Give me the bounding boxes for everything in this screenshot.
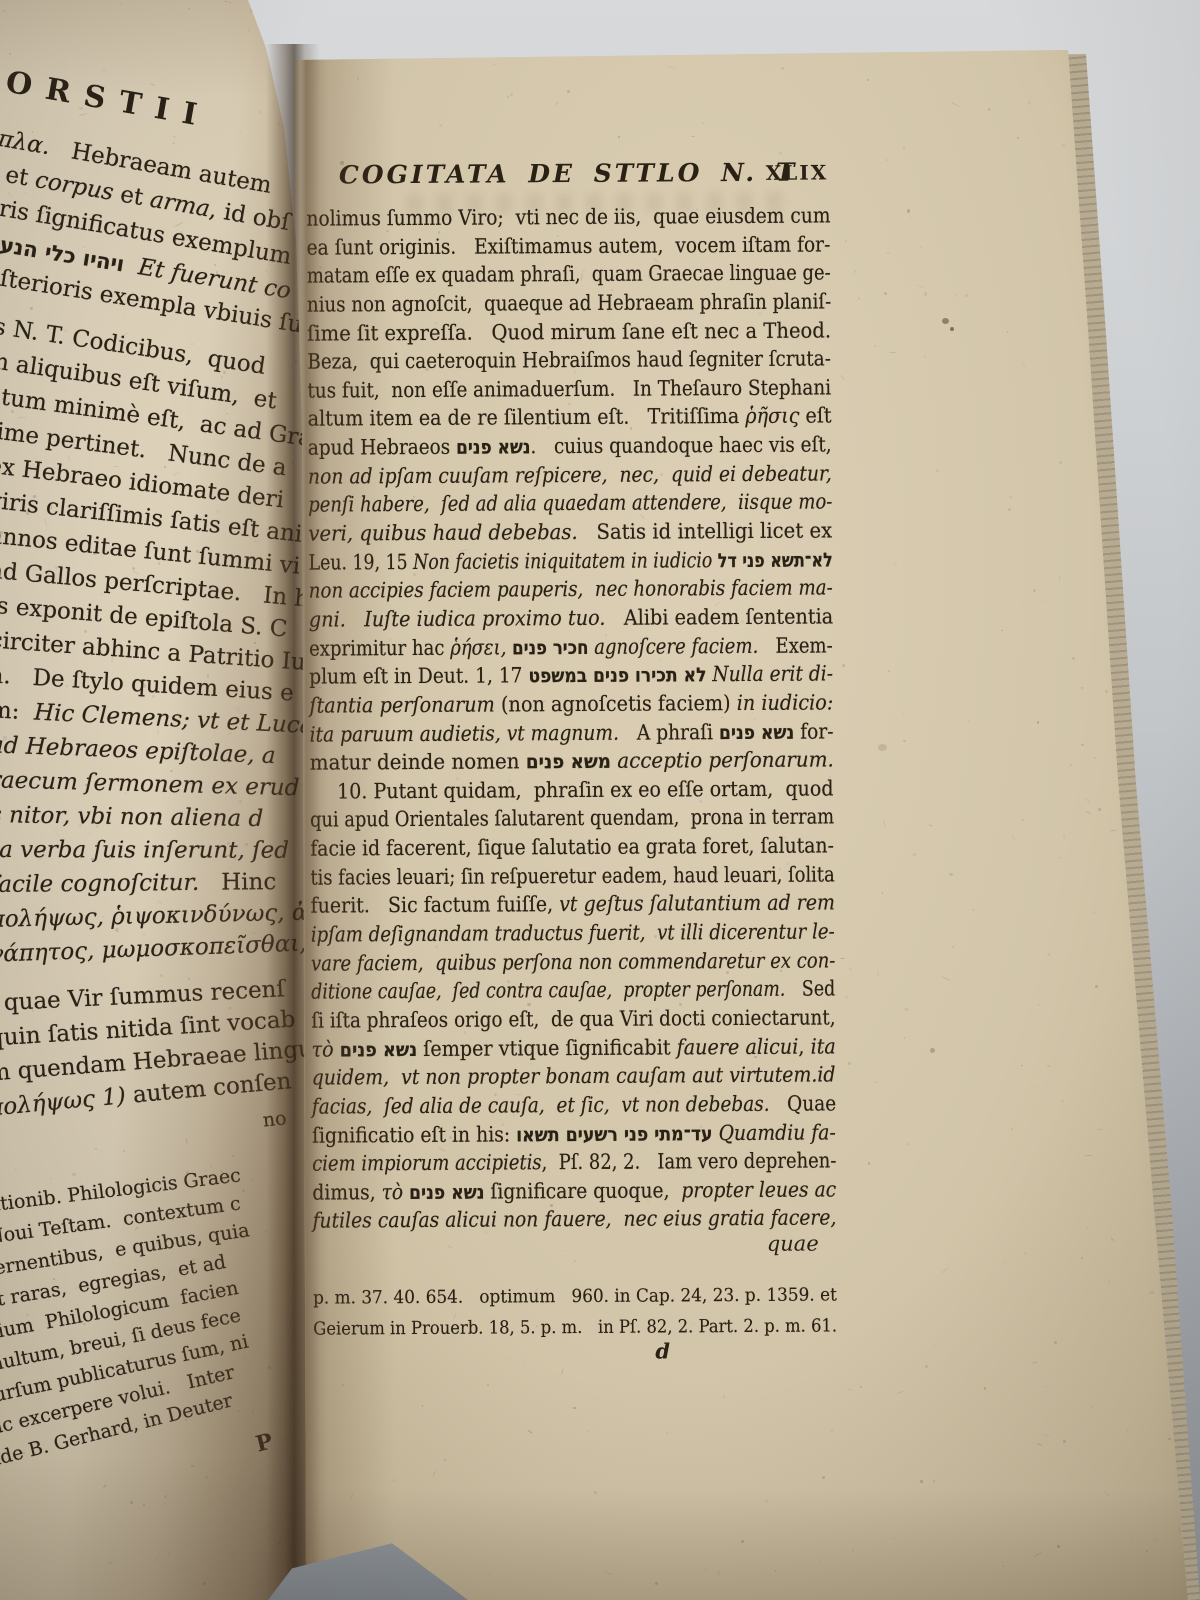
page-title: COGITATA DE STTLO N. T	[339, 158, 798, 190]
text-line: ditione cauſae, ſed contra cauſae, propt…	[311, 975, 744, 1006]
text-segment: ſtantia perſonarum	[309, 692, 501, 717]
text-segment: tus fuit, non eſſe animaduerſum. In Theſ…	[307, 375, 831, 402]
text-segment: nius non agnoſcit, quaeque ad Hebraeam p…	[307, 289, 831, 316]
text-segment: ciem impiorum accipietis	[312, 1150, 542, 1175]
book-photo: COGITATA DE STTLO N. T XLIX nolimus ſumm…	[0, 0, 1200, 1600]
text-segment: veri, quibus haud debebas.	[308, 520, 578, 546]
text-line: plum eſt in Deut. 1, 17 לא תכירו פנים במ…	[309, 660, 774, 691]
catchword: quae	[313, 1231, 837, 1258]
footnote-line: Geierum in Prouerb. 18, 5. p. m. in Pſ. …	[313, 1311, 790, 1345]
text-line: Leu. 19, 15 Non facietis iniquitatem in …	[308, 546, 741, 577]
text-segment: acceptio perſonarum.	[617, 748, 834, 773]
page-number: XLIX	[766, 160, 829, 184]
text-segment: ſi iſta phraſeos origo eſt, de qua Viri …	[311, 1005, 835, 1032]
text-segment: Exem-	[758, 633, 833, 657]
text-line: exprimitur hac ῥήσει, חכיר פנים agnoſcer…	[309, 631, 759, 662]
right-page-content: COGITATA DE STTLO N. T XLIX nolimus ſumm…	[275, 0, 1200, 1600]
text-segment: nolimus ſummo Viro; vti nec de iis, quae…	[306, 203, 830, 230]
hebrew-text: משא פנים	[526, 750, 611, 774]
text-segment: penſi habere, ſed ad alia quaedam attend…	[308, 490, 832, 517]
text-segment: ita paruum audietis, vt magnum.	[310, 720, 620, 746]
text-segment: non ad ipſam cuuſam reſpicere, nec, quid…	[308, 461, 832, 488]
text-segment: ſignificatio eſt in his:	[312, 1122, 516, 1147]
text-segment: Quae	[769, 1091, 836, 1115]
text-segment: eſt	[799, 404, 831, 428]
text-segment: et	[111, 180, 152, 212]
hebrew-text: נשא פנים	[456, 435, 531, 458]
hebrew-text: נשא פנים	[719, 720, 794, 743]
running-head: COGITATA DE STTLO N. T XLIX	[306, 157, 830, 190]
text-segment: . cuius quandoque haec vis eſt,	[530, 433, 831, 459]
text-segment: in iudicio:	[737, 690, 834, 715]
text-segment: Nulla erit di-	[712, 662, 833, 687]
hebrew-text: לא־תשא פני דל	[718, 548, 833, 572]
text-segment: Geierum in Prouerb. 18, 5. p. m. in Pſ. …	[313, 1315, 837, 1339]
text-line: futiles cauſas alicui non fauere, nec ei…	[312, 1204, 780, 1235]
greek-text: τὸ	[381, 1180, 409, 1204]
paragraph: , quae Vir ſummus recenſquin ſatis nitid…	[0, 987, 354, 1127]
text-line: matam eſſe ex quadam phraſi, quam Graeca…	[307, 259, 754, 290]
text-segment: matur deinde nomen	[310, 749, 526, 774]
text-line: quidem, vt non propter bonam cauſam aut …	[312, 1061, 783, 1093]
text-segment: Non facietis iniquitatem in iudicio	[413, 548, 718, 574]
text-segment: futiles cauſas alicui non fauere, nec ei…	[312, 1206, 836, 1233]
text-segment: Satis id intelligi licet ex	[578, 518, 833, 544]
greek-text: ὅπλα.	[0, 123, 52, 160]
text-segment: m:	[0, 697, 35, 725]
text-segment: ta verba ſuis inſerunt, ſed	[0, 837, 289, 864]
text-segment: ea ſunt originis. Exiſtimamus autem, voc…	[307, 232, 831, 259]
text-segment: (non agnoſcetis faciem)	[501, 691, 737, 716]
text-segment: Hinc	[199, 869, 284, 896]
footnote-block: p. m. 37. 40. 654. optimum 960. in Cap. …	[313, 1279, 837, 1344]
text-segment: altum item ea de re ſilentium eſt. Triti…	[308, 404, 746, 431]
text-segment: ſemper vtique ſignificabit	[417, 1035, 677, 1061]
text-line: apud Hebraeos נשא פנים. cuius quandoque …	[308, 431, 768, 462]
text-line: ſtantia perſonarum (non agnoſcetis facie…	[309, 689, 789, 721]
hebrew-text: נשא פנים	[340, 1038, 418, 1061]
text-segment: ditione cauſae, ſed contra cauſae, propt…	[311, 977, 785, 1004]
text-segment: Sed	[785, 977, 835, 1001]
text-line: matur deinde nomen משא פנים acceptio per…	[310, 746, 806, 778]
text-segment: ſime ſit expreſſa. Quod mirum ſane eſt n…	[307, 318, 831, 345]
text-line: dimus, τὸ נשא פנים ſignificare quoque, p…	[312, 1176, 778, 1207]
text-segment: dimus,	[312, 1180, 381, 1204]
text-segment: Quamdiu fa-	[718, 1120, 835, 1145]
text-line: tis facies leuari; ſin reſpueretur eadem…	[310, 861, 756, 892]
greek-text: τὸ	[311, 1037, 339, 1061]
text-line: non ad ipſam cuuſam reſpicere, nec, quid…	[308, 460, 776, 491]
hebrew-text: חכיר פנים	[512, 636, 588, 659]
text-line: ita paruum audietis, vt magnum. A phraſi…	[310, 717, 776, 748]
text-segment: Beza, qui caeteroquin Hebraiſmos haud ſe…	[307, 347, 831, 374]
text-line: facias, ſed alia de cauſa, et ſic, vt no…	[312, 1090, 773, 1121]
text-segment: Leu. 19, 15	[308, 550, 413, 575]
text-line: ea ſunt originis. Exiſtimamus autem, voc…	[307, 230, 772, 261]
paragraph: is N. T. Codicibus, quodm aliquibus eſt …	[0, 308, 354, 973]
text-segment: A phraſi	[619, 720, 719, 745]
text-segment: quidem, vt non propter bonam cauſam aut …	[312, 1063, 836, 1090]
right-page: COGITATA DE STTLO N. T XLIX nolimus ſumm…	[280, 0, 1200, 1600]
text-segment: fuerit. Sic factum fuiſſe,	[311, 892, 560, 918]
text-line: 10. Putant quidam, phraſin ex eo eſſe or…	[310, 775, 785, 807]
text-segment: matam eſſe ex quadam phraſi, quam Graeca…	[307, 261, 831, 288]
text-segment: propter leues ac	[681, 1177, 836, 1202]
text-line: fuerit. Sic factum fuiſſe, vt geſtus ſal…	[311, 889, 785, 921]
body-text: nolimus ſummo Viro; vti nec de iis, quae…	[306, 201, 836, 1235]
text-segment: vare faciem, quibus perſona non commenda…	[311, 948, 836, 975]
text-line: nius non agnoſcit, quaeque ad Hebraeam p…	[307, 288, 761, 319]
text-segment: ,	[798, 1034, 810, 1058]
text-line: penſi habere, ſed ad alia quaedam attend…	[308, 488, 758, 519]
text-segment: for-	[794, 719, 833, 743]
text-segment: 10. Putant quidam, phraſin ex eo eſſe or…	[337, 776, 834, 803]
text-line: τὸ נשא פנים ſemper vtique ſignificabit f…	[311, 1032, 790, 1064]
hebrew-text: לא תכירו פנים במשפט	[528, 663, 706, 687]
text-segment: fauere alicui	[677, 1034, 799, 1059]
text-segment: vt geſtus ſalutantium ad rem	[559, 891, 835, 917]
text-segment: raecum ſermonem ex erud	[0, 767, 300, 801]
text-line: altum item ea de re ſilentium eſt. Triti…	[308, 402, 786, 434]
greek-text: γάπητος, μωμοσκοπεῖσθαι, ἑ	[0, 930, 327, 968]
text-line: qui apud Orientales ſalutarent quendam, …	[310, 803, 754, 834]
text-segment: facile cognoſcitur.	[0, 870, 199, 898]
text-segment: qui apud Orientales ſalutarent quendam, …	[310, 805, 834, 832]
text-segment: exprimitur hac	[309, 635, 450, 660]
text-line: ipſam deſignandam traductus fuerit, vt i…	[311, 918, 764, 949]
text-line: vare faciem, quibus perſona non commenda…	[311, 947, 761, 978]
hebrew-text: עד־מתי פני רשעים תשאו	[516, 1122, 712, 1146]
text-segment: , Pſ. 82, 2. Iam vero deprehen-	[542, 1149, 837, 1175]
text-line: ſi iſta phraſeos origo eſt, de qua Viri …	[311, 1004, 770, 1035]
footnote-block: fitionib. Philologicis GraecNoui Teſtam.…	[0, 1190, 354, 1478]
text-segment: plum eſt in Deut. 1, 17	[309, 664, 528, 689]
text-segment: Alibi eadem ſententia	[605, 604, 833, 629]
text-segment: s nitor, vbi non aliena d	[0, 802, 263, 832]
left-page: VORSTII ὅπλα. Hebraeam auteme et corpus …	[0, 0, 310, 1600]
greek-text: ῥῆσις	[745, 404, 799, 428]
text-segment: e et	[0, 158, 38, 192]
text-line: Beza, qui caeteroquin Hebraiſmos haud ſe…	[307, 345, 765, 376]
text-line: non accipies faciem pauperis, nec honora…	[309, 574, 764, 605]
text-line: gni. Iuſte iudica proximo tuo. Alibi ead…	[309, 603, 789, 635]
text-segment: non accipies faciem pauperis, nec honora…	[309, 576, 833, 603]
text-line: veri, quibus haud debebas. Satis id inte…	[308, 517, 799, 549]
text-segment: facias, ſed alia de cauſa, et ſic, vt no…	[312, 1092, 770, 1119]
text-segment: ſignificare quoque,	[484, 1178, 681, 1203]
hebrew-text: נשא פנים	[409, 1180, 485, 1203]
text-line: facie id facerent, ſique ſalutatio ea gr…	[310, 832, 779, 864]
text-segment: ipſam deſignandam traductus fuerit, vt i…	[311, 919, 835, 946]
signature-mark: d	[655, 1338, 670, 1363]
text-segment: agnoſcere faciem.	[594, 633, 758, 658]
text-segment: gni. Iuſte iudica proximo tuo.	[309, 606, 606, 632]
text-segment: facie id facerent, ſique ſalutatio ea gr…	[310, 834, 834, 861]
text-segment: tis facies leuari; ſin reſpueretur eadem…	[310, 862, 834, 889]
greek-text: πολήψως 1)	[0, 1083, 127, 1121]
text-segment: ita	[810, 1034, 835, 1058]
text-segment: apud Hebraeos	[308, 435, 456, 460]
text-line: ſignificatio eſt in his: עד־מתי פני רשעי…	[312, 1118, 782, 1150]
text-segment: p. m. 37. 40. 654. optimum 960. in Cap. …	[313, 1284, 837, 1308]
footnote-line: p. m. 37. 40. 654. optimum 960. in Cap. …	[313, 1280, 804, 1314]
text-line: tus fuit, non eſſe animaduerſum. In Theſ…	[307, 374, 766, 405]
text-line: ſime ſit expreſſa. Quod mirum ſane eſt n…	[307, 316, 795, 348]
greek-text: ῥήσει,	[450, 635, 506, 659]
text-line: nolimus ſummo Viro; vti nec de iis, quae…	[306, 202, 772, 233]
text-line: ciem impiorum accipietis, Pſ. 82, 2. Iam…	[312, 1147, 760, 1178]
